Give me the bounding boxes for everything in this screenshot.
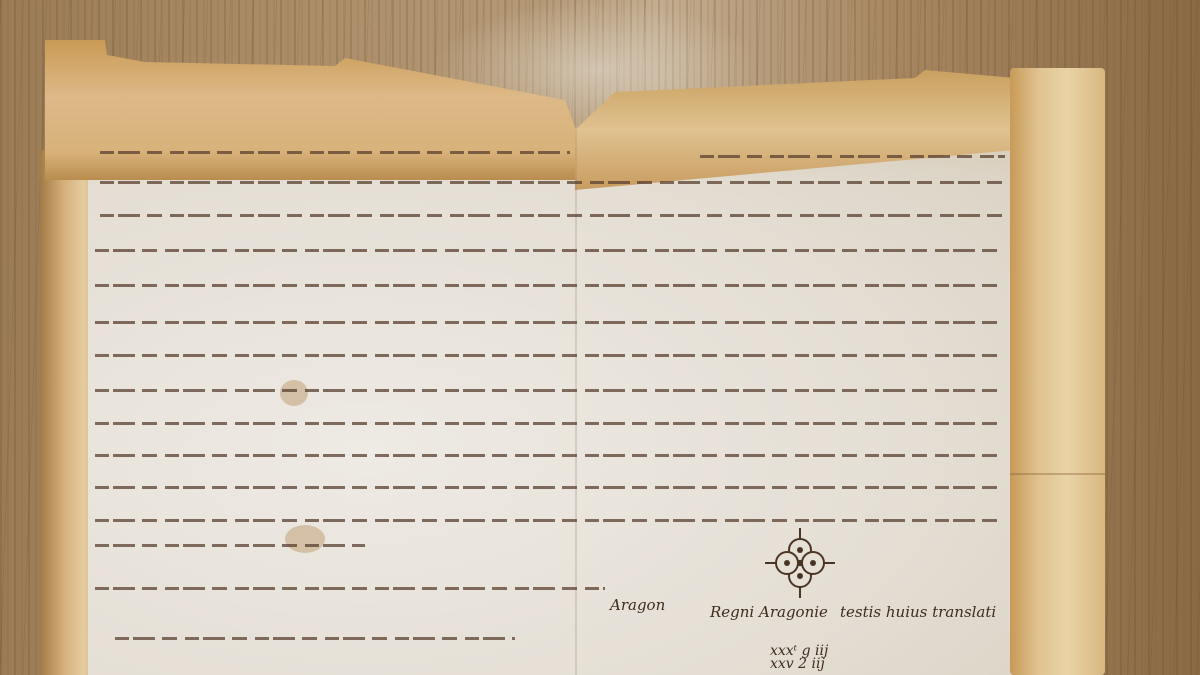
text-line — [100, 142, 570, 160]
text-line — [95, 312, 1005, 330]
text-line — [95, 413, 1005, 431]
text-line — [95, 240, 1005, 258]
text-line — [95, 578, 605, 596]
text-line — [100, 172, 1005, 190]
legible-phrase-testis: testis huius translati — [840, 603, 996, 621]
text-line — [95, 345, 1005, 363]
legible-phrase-regni: Regni Aragonie — [710, 603, 828, 621]
text-line — [95, 380, 1005, 398]
text-line — [95, 510, 1005, 528]
text-line — [95, 275, 1005, 293]
numeral-line: xxv 2 iij — [770, 658, 828, 671]
text-line — [100, 205, 1005, 223]
text-line — [95, 535, 365, 553]
legible-word-aragon: Aragon — [610, 596, 665, 614]
text-line — [95, 477, 1005, 495]
text-line — [115, 628, 515, 646]
text-line — [700, 146, 1005, 164]
text-line — [95, 445, 1005, 463]
notarial-signum-icon — [765, 528, 835, 598]
bottom-numerals: xxxᵗ g iij xxv 2 iij — [770, 645, 828, 671]
parchment-right-flap — [1010, 68, 1105, 675]
flap-crease — [1010, 473, 1105, 475]
